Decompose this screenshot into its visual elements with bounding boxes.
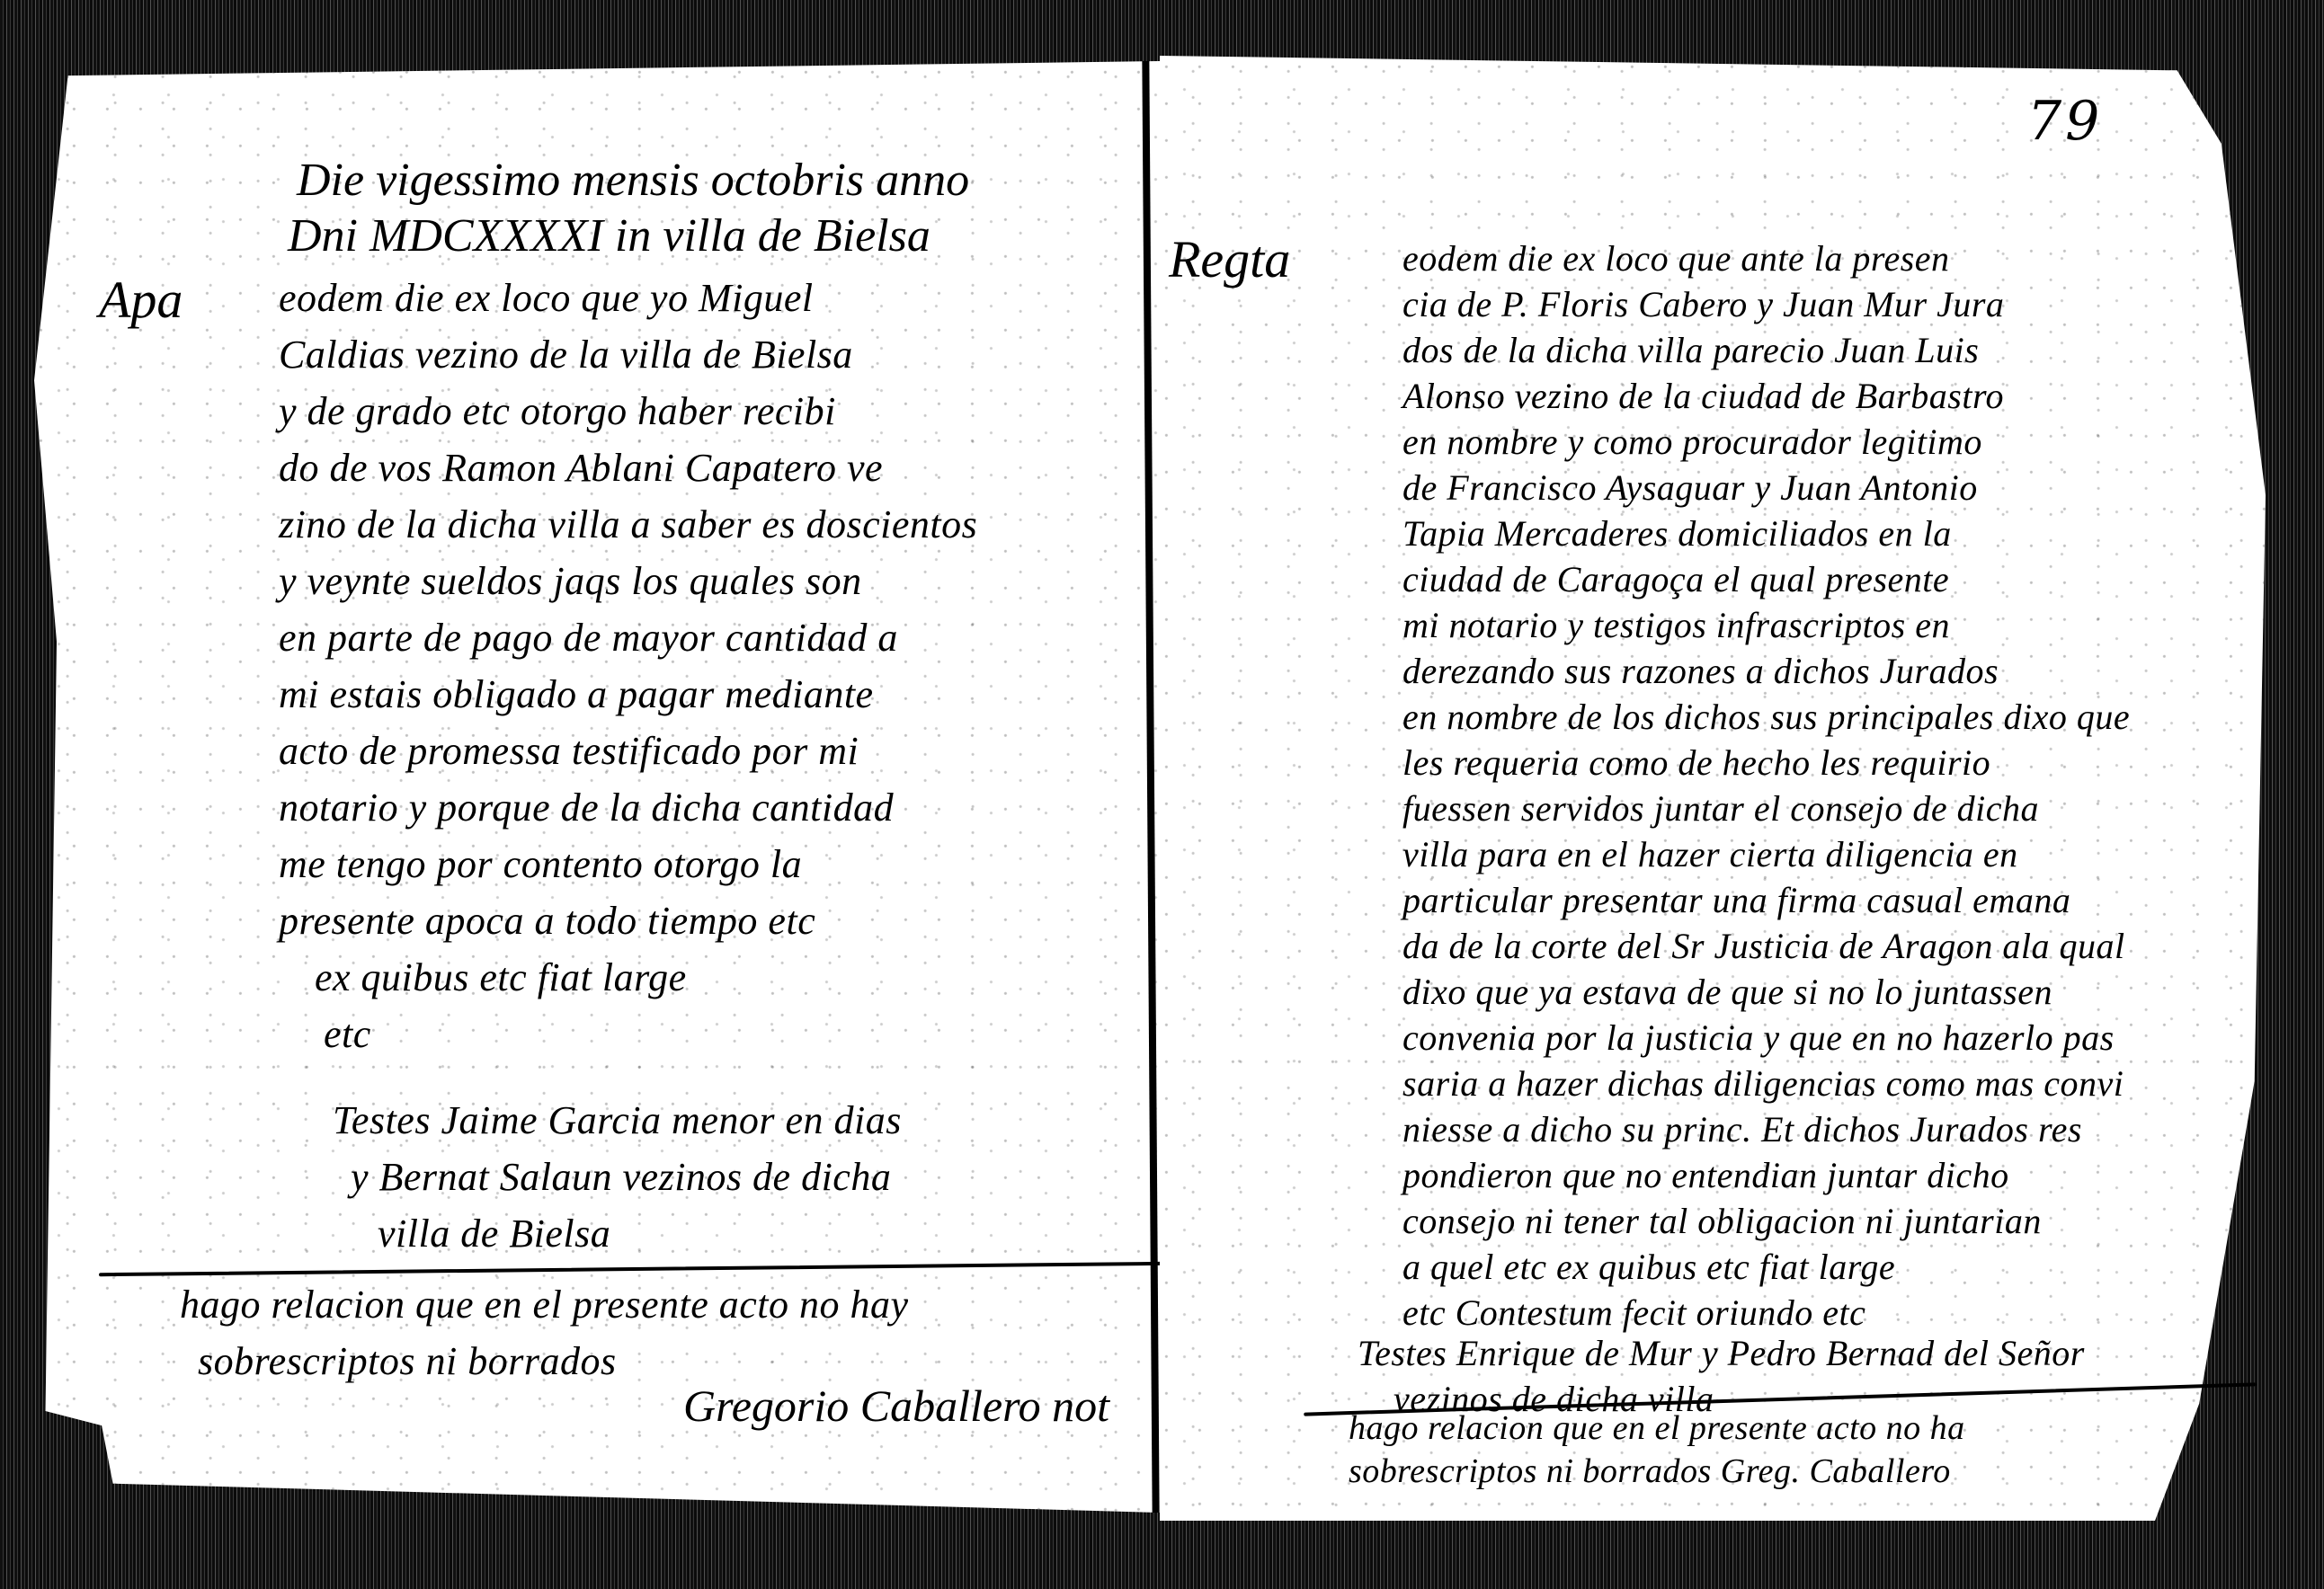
text-line: dixo que ya estava de que si no lo junta… bbox=[1402, 969, 2130, 1015]
text-line: derezando sus razones a dichos Jurados bbox=[1402, 648, 2130, 694]
heading-line: Dni MDCXXXXI in villa de Bielsa bbox=[288, 209, 969, 264]
text-line: en nombre de los dichos sus principales … bbox=[1402, 694, 2130, 740]
text-line: pondieron que no entendian juntar dicho bbox=[1402, 1152, 2130, 1198]
text-line: etc bbox=[324, 1006, 977, 1062]
text-line: zino de la dicha villa a saber es doscie… bbox=[279, 496, 977, 553]
text-line: notario y porque de la dicha cantidad bbox=[279, 779, 977, 836]
text-line: Tapia Mercaderes domiciliados en la bbox=[1402, 510, 2130, 556]
left-body-text: eodem die ex loco que yo Miguel Caldias … bbox=[279, 270, 977, 1062]
text-line: cia de P. Floris Cabero y Juan Mur Jura bbox=[1402, 281, 2130, 327]
text-line: a quel etc ex quibus etc fiat large bbox=[1402, 1244, 2130, 1290]
text-line: ex quibus etc fiat large bbox=[315, 949, 977, 1006]
text-line: saria a hazer dichas diligencias como ma… bbox=[1402, 1061, 2130, 1106]
text-line: convenia por la justicia y que en no haz… bbox=[1402, 1015, 2130, 1061]
left-margin-note: Apa bbox=[99, 270, 183, 330]
witness-line: Testes Enrique de Mur y Pedro Bernad del… bbox=[1358, 1330, 2085, 1376]
witness-line: villa de Bielsa bbox=[378, 1205, 902, 1262]
left-closing: hago relacion que en el presente acto no… bbox=[180, 1276, 909, 1389]
text-line: villa para en el hazer cierta diligencia… bbox=[1402, 831, 2130, 877]
text-line: da de la corte del Sr Justicia de Aragon… bbox=[1402, 923, 2130, 969]
text-line: acto de promessa testificado por mi bbox=[279, 723, 977, 779]
closing-line: hago relacion que en el presente acto no… bbox=[1349, 1407, 1965, 1450]
right-margin-note: Regta bbox=[1169, 229, 1290, 289]
text-line: presente apoca a todo tiempo etc bbox=[279, 892, 977, 949]
text-line: Alonso vezino de la ciudad de Barbastro bbox=[1402, 373, 2130, 419]
text-line: niesse a dicho su princ. Et dichos Jurad… bbox=[1402, 1106, 2130, 1152]
text-line: y veynte sueldos jaqs los quales son bbox=[279, 553, 977, 609]
text-line: do de vos Ramon Ablani Capatero ve bbox=[279, 439, 977, 496]
text-line: consejo ni tener tal obligacion ni junta… bbox=[1402, 1198, 2130, 1244]
text-line: dos de la dicha villa parecio Juan Luis bbox=[1402, 327, 2130, 373]
text-line: y de grado etc otorgo haber recibi bbox=[279, 383, 977, 439]
text-line: mi notario y testigos infrascriptos en bbox=[1402, 602, 2130, 648]
left-heading: Die vigessimo mensis octobris anno Dni M… bbox=[297, 153, 969, 264]
text-line: en parte de pago de mayor cantidad a bbox=[279, 609, 977, 666]
witness-line: y Bernat Salaun vezinos de dicha bbox=[351, 1149, 902, 1205]
text-line: eodem die ex loco que ante la presen bbox=[1402, 235, 2130, 281]
text-line: fuessen servidos juntar el consejo de di… bbox=[1402, 786, 2130, 831]
text-line: mi estais obligado a pagar mediante bbox=[279, 666, 977, 723]
text-line: particular presentar una firma casual em… bbox=[1402, 877, 2130, 923]
text-line: ciudad de Caragoça el qual presente bbox=[1402, 556, 2130, 602]
text-line: etc Contestum fecit oriundo etc bbox=[1402, 1290, 2130, 1336]
text-line: me tengo por contento otorgo la bbox=[279, 836, 977, 892]
text-line: de Francisco Aysaguar y Juan Antonio bbox=[1402, 465, 2130, 510]
right-closing: hago relacion que en el presente acto no… bbox=[1349, 1407, 1965, 1493]
text-line: Caldias vezino de la villa de Bielsa bbox=[279, 326, 977, 383]
right-body-text: eodem die ex loco que ante la presen cia… bbox=[1402, 235, 2130, 1336]
text-line: en nombre y como procurador legitimo bbox=[1402, 419, 2130, 465]
notary-signature: Gregorio Caballero not bbox=[683, 1380, 1109, 1432]
closing-line: sobrescriptos ni borrados Greg. Caballer… bbox=[1349, 1450, 1965, 1493]
witness-line: Testes Jaime Garcia menor en dias bbox=[333, 1092, 902, 1149]
text-line: les requeria como de hecho les requirio bbox=[1402, 740, 2130, 786]
folio-number: 79 bbox=[2027, 90, 2103, 153]
closing-line: hago relacion que en el presente acto no… bbox=[180, 1276, 909, 1333]
text-line: eodem die ex loco que yo Miguel bbox=[279, 270, 977, 326]
left-witnesses: Testes Jaime Garcia menor en dias y Bern… bbox=[333, 1092, 902, 1262]
heading-line: Die vigessimo mensis octobris anno bbox=[297, 153, 969, 209]
